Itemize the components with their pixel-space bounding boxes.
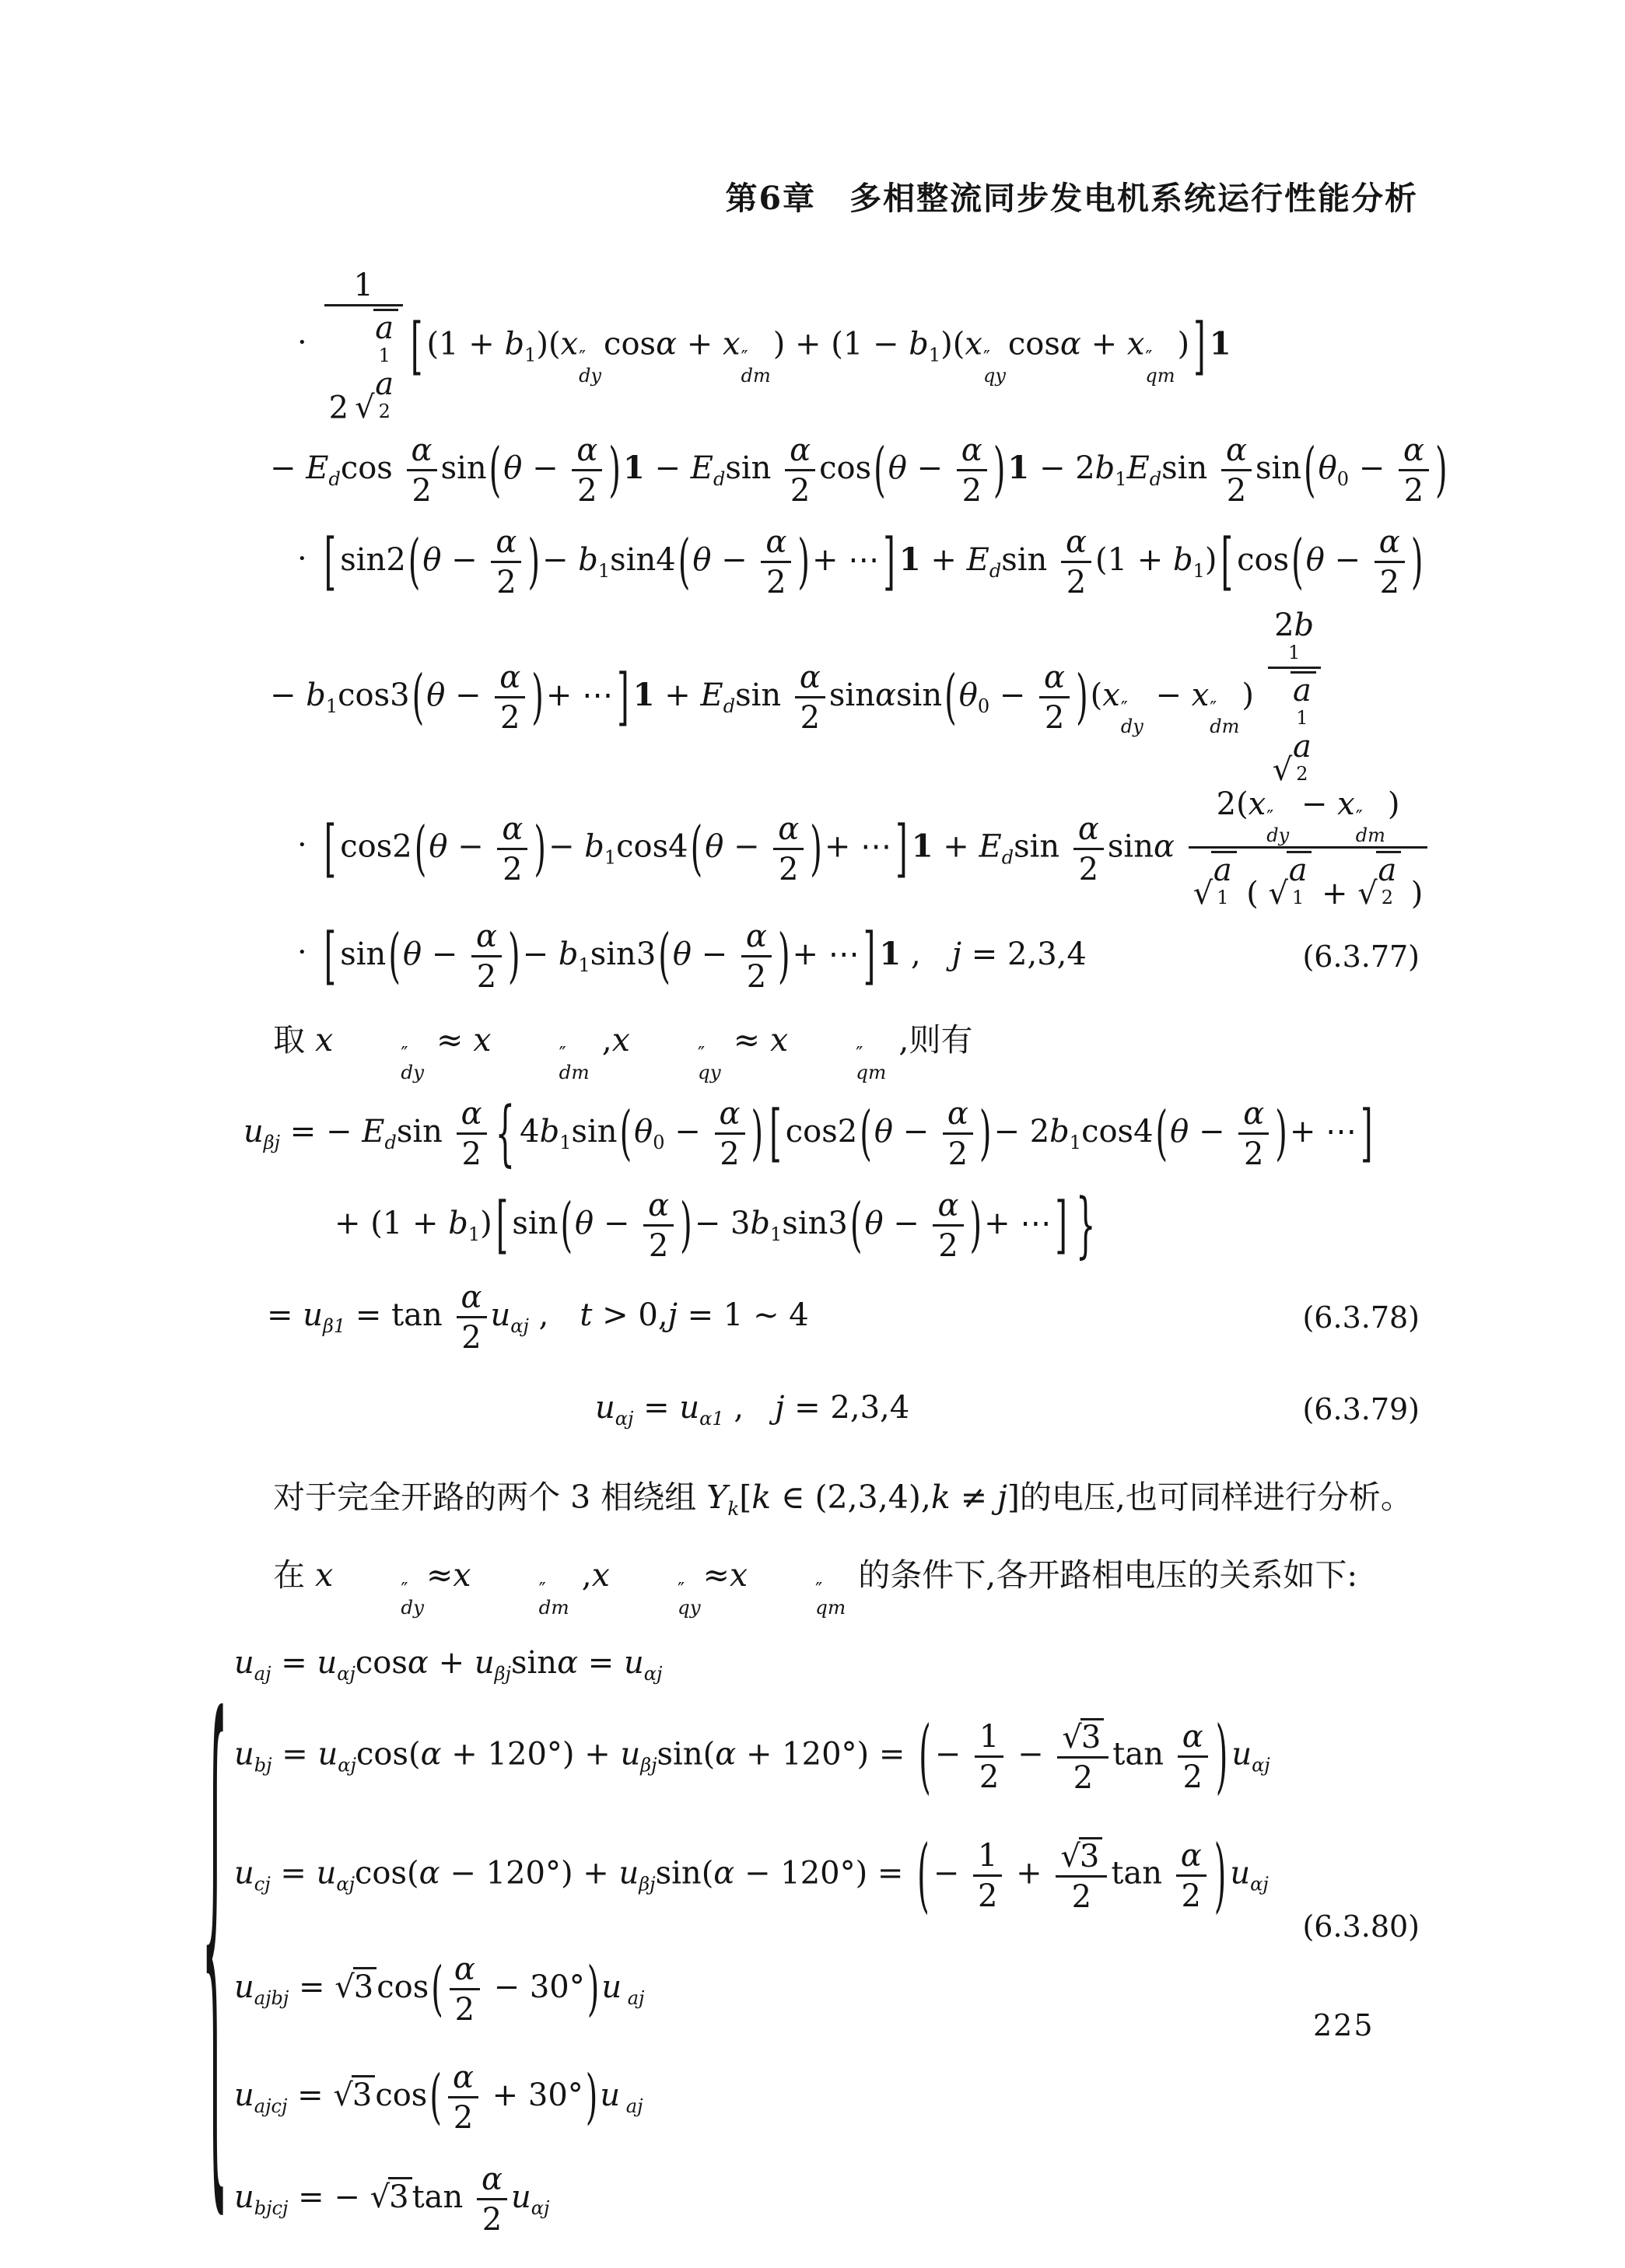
eq78-line3-expression: = uβ1 = tan α2uαj , t > 0,j = 1 ~ 4 xyxy=(267,1280,809,1355)
para-take-text: 取 x″dy ≈ x″dm ,x″qy ≈ x″qm ,则有 xyxy=(206,1004,1420,1082)
eq80-c: ucj = uαjcos(α − 120°) + uβjsin(α − 120°… xyxy=(234,1822,1420,1930)
eq80-a-expression: uaj = uαjcosα + uβjsinα = uαj xyxy=(234,1645,662,1685)
eq78-line3: = uβ1 = tan α2uαj , t > 0,j = 1 ~ 4(6.3.… xyxy=(206,1272,1420,1363)
eq77-line4-expression: − b1cos3(θ − α2)+ ⋯]1 + Edsin α2sinαsin(… xyxy=(270,608,1325,787)
para-take: 取 x″dy ≈ x″dm ,x″qy ≈ x″qm ,则有 xyxy=(206,1004,1420,1082)
eq77-line2-expression: − Edcos α2sin(θ − α2)1 − Edsin α2cos(θ −… xyxy=(270,433,1450,508)
eq77-line1-expression: •12 √a1a2[(1 + b1)(x″dycosα + x″dm) + (1… xyxy=(298,268,1231,425)
eq78-line1: uβj = − Edsin α2{4b1sin(θ0 − α2)[cos2(θ … xyxy=(206,1088,1420,1180)
eq77-line5: •[cos2(θ − α2)− b1cos4(θ − α2)+ ⋯]1 + Ed… xyxy=(206,787,1420,911)
eq80-a: uaj = uαjcosα + uβjsinα = uαj xyxy=(234,1638,1420,1692)
eq80-system: {uaj = uαjcosα + uβjsinα = uαjubj = uαjc… xyxy=(206,1638,1420,2242)
para-cond: 在 x″dy≈x″dm ,x″qy≈x″qm 的条件下,各开路相电压的关系如下: xyxy=(206,1539,1420,1617)
eq78-line2-expression: + (1 + b1)[sin(θ − α2)− 3b1sin3(θ − α2)+… xyxy=(334,1188,1100,1263)
equation-label: (6.3.79) xyxy=(1302,1392,1420,1426)
para-open: 对于完全开路的两个 3 相绕组 Yk[k ∈ (2,3,4),k ≠ j]的电压… xyxy=(206,1461,1420,1533)
eq77-line3-expression: •[sin2(θ − α2)− b1sin4(θ − α2)+ ⋯]1 + Ed… xyxy=(298,525,1425,600)
eq77-line3: •[sin2(θ − α2)− b1sin4(θ − α2)+ ⋯]1 + Ed… xyxy=(206,516,1420,608)
eq77-line1: •12 √a1a2[(1 + b1)(x″dycosα + x″dm) + (1… xyxy=(206,268,1420,425)
eq80-e-expression: uajcj = √3cos(α2 + 30°)u aj xyxy=(234,2060,643,2135)
equation-label: (6.3.80) xyxy=(1302,1909,1420,1944)
eq80-e: uajcj = √3cos(α2 + 30°)u aj xyxy=(234,2049,1420,2147)
eq78-line1-expression: uβj = − Edsin α2{4b1sin(θ0 − α2)[cos2(θ … xyxy=(243,1097,1377,1171)
para-open-text: 对于完全开路的两个 3 相绕组 Yk[k ∈ (2,3,4),k ≠ j]的电压… xyxy=(206,1461,1420,1533)
eq80-c-expression: ucj = uαjcos(α − 120°) + uβjsin(α − 120°… xyxy=(234,1837,1269,1914)
eq78-line2: + (1 + b1)[sin(θ − α2)− 3b1sin3(θ − α2)+… xyxy=(206,1180,1420,1272)
eq79: uαj = uα1 , j = 2,3,4(6.3.79) xyxy=(206,1363,1420,1455)
eq77-line6: •[sin(θ − α2)− b1sin3(θ − α2)+ ⋯]1 , j =… xyxy=(206,911,1420,1003)
chapter-header: 第6章 多相整流同步发电机系统运行性能分析 xyxy=(206,173,1418,219)
eq80-f: ubjcj = − √3tan α2uαj xyxy=(234,2157,1420,2242)
eq80-b: ubj = uαjcos(α + 120°) + uβjsin(α + 120°… xyxy=(234,1703,1420,1811)
eq79-expression: uαj = uα1 , j = 2,3,4 xyxy=(595,1390,909,1430)
equation-label: (6.3.77) xyxy=(1302,940,1420,974)
page-number: 225 xyxy=(1313,2008,1375,2042)
eq80-f-expression: ubjcj = − √3tan α2uαj xyxy=(234,2162,549,2237)
eq77-line4: − b1cos3(θ − α2)+ ⋯]1 + Edsin α2sinαsin(… xyxy=(206,608,1420,787)
system-equations: uaj = uαjcosα + uβjsinα = uαjubj = uαjco… xyxy=(234,1638,1420,2242)
eq80-b-expression: ubj = uαjcos(α + 120°) + uβjsin(α + 120°… xyxy=(234,1718,1270,1795)
eq77-line2: − Edcos α2sin(θ − α2)1 − Edsin α2cos(θ −… xyxy=(206,425,1420,516)
content: •12 √a1a2[(1 + b1)(x″dycosα + x″dm) + (1… xyxy=(206,268,1420,2252)
eq80-d-expression: uajbj = √3cos(α2 − 30°)u aj xyxy=(234,1952,644,2027)
eq80-d: uajbj = √3cos(α2 − 30°)u aj xyxy=(234,1941,1420,2039)
para-cond-text: 在 x″dy≈x″dm ,x″qy≈x″qm 的条件下,各开路相电压的关系如下: xyxy=(206,1539,1420,1617)
system-brace: { xyxy=(201,1663,228,2217)
equation-label: (6.3.78) xyxy=(1302,1300,1420,1335)
eq77-line5-expression: •[cos2(θ − α2)− b1cos4(θ − α2)+ ⋯]1 + Ed… xyxy=(298,787,1431,911)
eq77-line6-expression: •[sin(θ − α2)− b1sin3(θ − α2)+ ⋯]1 , j =… xyxy=(298,919,1087,994)
